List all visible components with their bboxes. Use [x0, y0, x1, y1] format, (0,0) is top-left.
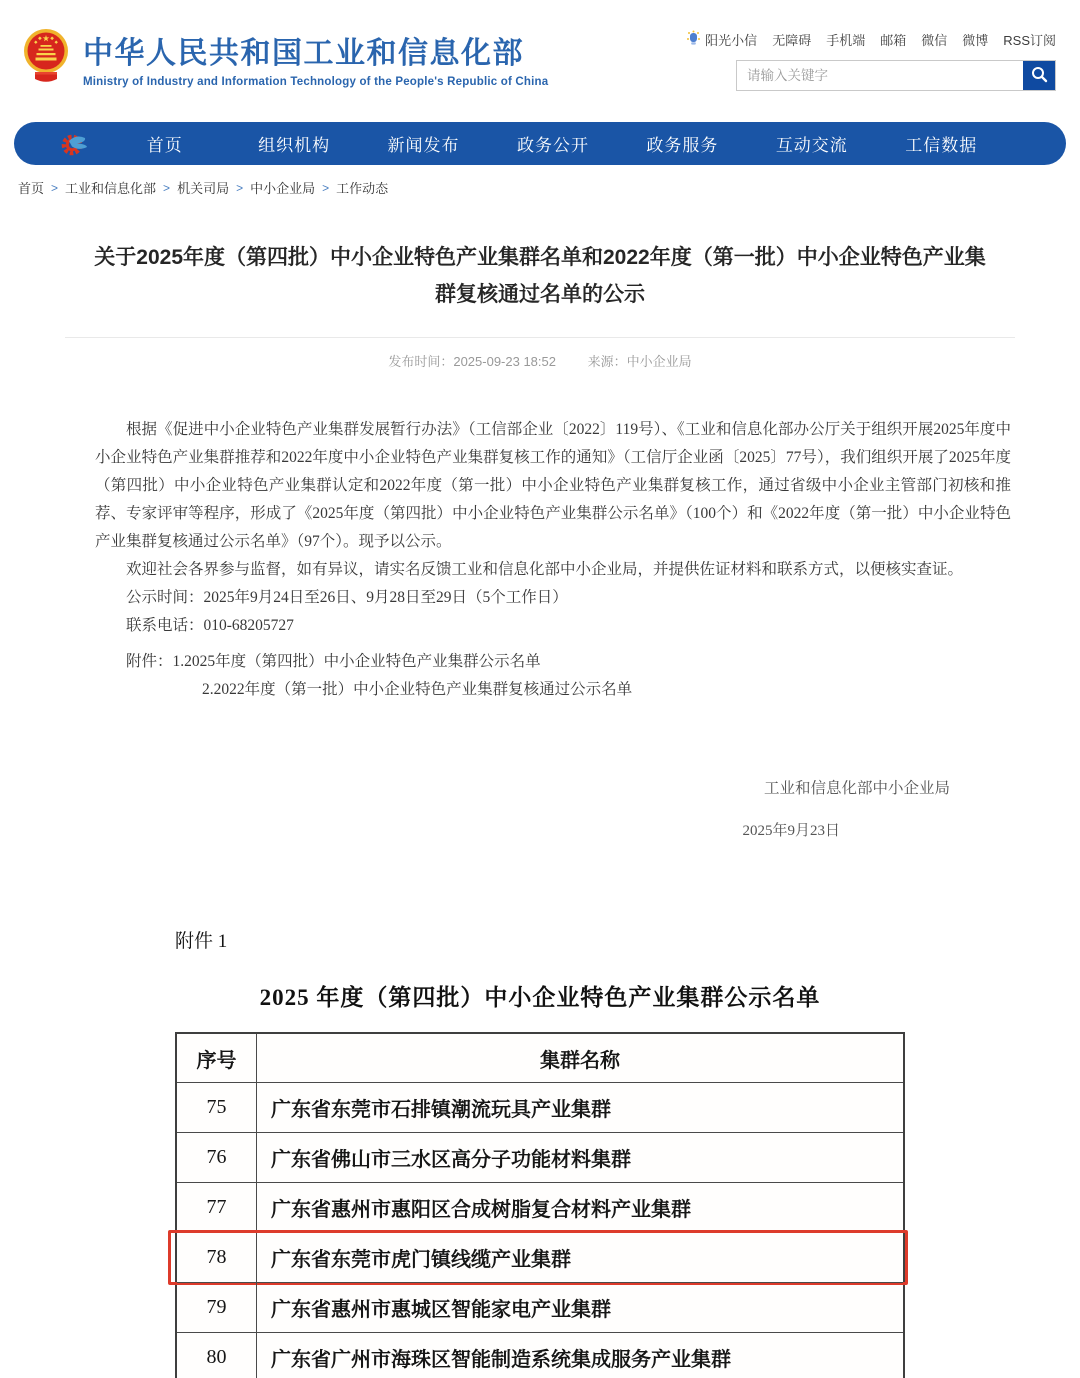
paragraph-contact-phone: 联系电话：010-68205727 — [95, 612, 1011, 640]
site-header: 中华人民共和国工业和信息化部 Ministry of Industry and … — [0, 0, 1080, 118]
attachment-item-2: 2.2022年度（第一批）中小企业特色产业集群复核通过公示名单 — [202, 676, 1011, 704]
row-cluster-name: 广东省惠州市惠城区智能家电产业集群 — [257, 1283, 903, 1332]
paragraph-basis: 根据《促进中小企业特色产业集群发展暂行办法》（工信部企业〔2022〕119号）、… — [95, 416, 1011, 556]
site-title: 中华人民共和国工业和信息化部 — [83, 28, 548, 72]
header-right: 阳光小信 无障碍 手机端 邮箱 微信 微博 RSS订阅 — [686, 26, 1056, 110]
link-label: 阳光小信 — [705, 30, 757, 49]
paragraph-publicity-period: 公示时间：2025年9月24日至26日、9月28日至29日（5个工作日） — [95, 584, 1011, 612]
row-cluster-name: 广东省佛山市三水区高分子功能材料集群 — [257, 1133, 903, 1182]
national-emblem-icon — [22, 26, 70, 91]
nav-item-news[interactable]: 新闻发布 — [359, 131, 488, 156]
mascot-bulb-icon — [686, 30, 701, 49]
row-cluster-name: 广东省广州市海珠区智能制造系统集成服务产业集群 — [257, 1333, 903, 1378]
breadcrumb-separator: > — [163, 181, 170, 195]
breadcrumb-home[interactable]: 首页 — [18, 178, 44, 197]
row-no: 76 — [177, 1133, 257, 1182]
site-subtitle: Ministry of Industry and Information Tec… — [83, 76, 548, 88]
row-no: 78 — [177, 1233, 257, 1282]
article-body: 根据《促进中小企业特色产业集群发展暂行办法》（工信部企业〔2022〕119号）、… — [95, 416, 1011, 704]
link-accessibility[interactable]: 无障碍 — [772, 30, 811, 49]
breadcrumb-departments[interactable]: 机关司局 — [177, 178, 229, 197]
nav-item-interaction[interactable]: 互动交流 — [747, 131, 876, 156]
nav-item-home[interactable]: 首页 — [100, 131, 229, 156]
search-button[interactable] — [1023, 61, 1055, 90]
search-bar — [736, 60, 1056, 91]
link-label: 手机端 — [826, 30, 865, 49]
row-cluster-name: 广东省东莞市虎门镇线缆产业集群 — [257, 1233, 903, 1282]
magnifier-icon — [1031, 66, 1048, 86]
link-mail[interactable]: 邮箱 — [880, 30, 906, 49]
publish-time: 发布时间：2025-09-23 18:52 — [388, 354, 556, 369]
attachment-table-title: 2025 年度（第四批）中小企业特色产业集群公示名单 — [175, 979, 905, 1012]
breadcrumb-separator: > — [51, 181, 58, 195]
nav-item-miit-data[interactable]: 工信数据 — [877, 131, 1006, 156]
breadcrumb-work-updates[interactable]: 工作动态 — [336, 178, 388, 197]
link-rss[interactable]: RSS订阅 — [1003, 30, 1056, 49]
article-meta: 发布时间：2025-09-23 18:52 来源：中小企业局 — [0, 351, 1080, 370]
breadcrumb-sme-bureau[interactable]: 中小企业局 — [250, 178, 315, 197]
attachment-doc-label: 附件 1 — [175, 926, 1080, 953]
article-title: 关于2025年度（第四批）中小企业特色产业集群名单和2022年度（第一批）中小企… — [85, 239, 995, 313]
link-weibo[interactable]: 微博 — [962, 30, 988, 49]
link-label: 无障碍 — [772, 30, 811, 49]
search-input[interactable] — [737, 61, 1023, 90]
link-label: 微信 — [921, 30, 947, 49]
row-cluster-name: 广东省惠州市惠阳区合成树脂复合材料产业集群 — [257, 1183, 903, 1232]
column-header-no: 序号 — [177, 1034, 257, 1082]
column-header-name: 集群名称 — [257, 1034, 903, 1082]
link-mobile[interactable]: 手机端 — [826, 30, 865, 49]
table-row-highlighted: 78 广东省东莞市虎门镇线缆产业集群 — [177, 1232, 903, 1282]
breadcrumb-separator: > — [322, 181, 329, 195]
nav-item-gov-services[interactable]: 政务服务 — [618, 131, 747, 156]
link-wechat[interactable]: 微信 — [921, 30, 947, 49]
article-source: 来源：中小企业局 — [588, 354, 692, 369]
row-no: 80 — [177, 1333, 257, 1378]
issue-date: 2025年9月23日 — [0, 819, 1080, 840]
attachment-item-1: 附件：1.2025年度（第四批）中小企业特色产业集群公示名单 — [95, 648, 1011, 676]
attachments-list: 附件：1.2025年度（第四批）中小企业特色产业集群公示名单 2.2022年度（… — [95, 648, 1011, 704]
row-no: 75 — [177, 1083, 257, 1132]
table-row: 80 广东省广州市海珠区智能制造系统集成服务产业集群 — [177, 1332, 903, 1378]
table-row: 77 广东省惠州市惠阳区合成树脂复合材料产业集群 — [177, 1182, 903, 1232]
table-header-row: 序号 集群名称 — [177, 1034, 903, 1082]
title-divider — [65, 337, 1015, 338]
table-row: 76 广东省佛山市三水区高分子功能材料集群 — [177, 1132, 903, 1182]
link-label: 微博 — [962, 30, 988, 49]
table-row: 79 广东省惠州市惠城区智能家电产业集群 — [177, 1282, 903, 1332]
breadcrumb-separator: > — [236, 181, 243, 195]
link-sunshine-mascot[interactable]: 阳光小信 — [686, 30, 757, 49]
table-row: 75 广东省东莞市石排镇潮流玩具产业集群 — [177, 1082, 903, 1132]
top-utility-links: 阳光小信 无障碍 手机端 邮箱 微信 微博 RSS订阅 — [686, 30, 1056, 49]
row-no: 79 — [177, 1283, 257, 1332]
nav-item-gov-disclosure[interactable]: 政务公开 — [488, 131, 617, 156]
row-cluster-name: 广东省东莞市石排镇潮流玩具产业集群 — [257, 1083, 903, 1132]
paragraph-supervision: 欢迎社会各界参与监督，如有异议，请实名反馈工业和信息化部中小企业局，并提供佐证材… — [95, 556, 1011, 584]
breadcrumb-miit[interactable]: 工业和信息化部 — [65, 178, 156, 197]
brand-text: 中华人民共和国工业和信息化部 Ministry of Industry and … — [83, 26, 548, 88]
link-label: 邮箱 — [880, 30, 906, 49]
site-brand: 中华人民共和国工业和信息化部 Ministry of Industry and … — [22, 26, 548, 110]
nav-item-organization[interactable]: 组织机构 — [229, 131, 358, 156]
main-navigation: 首页 组织机构 新闻发布 政务公开 政务服务 互动交流 工信数据 — [14, 122, 1066, 165]
row-no: 77 — [177, 1183, 257, 1232]
miit-gear-logo-icon — [60, 129, 90, 159]
link-label: RSS订阅 — [1003, 30, 1056, 49]
breadcrumb: 首页 > 工业和信息化部 > 机关司局 > 中小企业局 > 工作动态 — [18, 178, 1080, 197]
cluster-table: 序号 集群名称 75 广东省东莞市石排镇潮流玩具产业集群 76 广东省佛山市三水… — [175, 1032, 905, 1378]
issuing-authority: 工业和信息化部中小企业局 — [0, 776, 1080, 798]
attachment-document: 附件 1 2025 年度（第四批）中小企业特色产业集群公示名单 序号 集群名称 … — [0, 926, 1080, 1378]
